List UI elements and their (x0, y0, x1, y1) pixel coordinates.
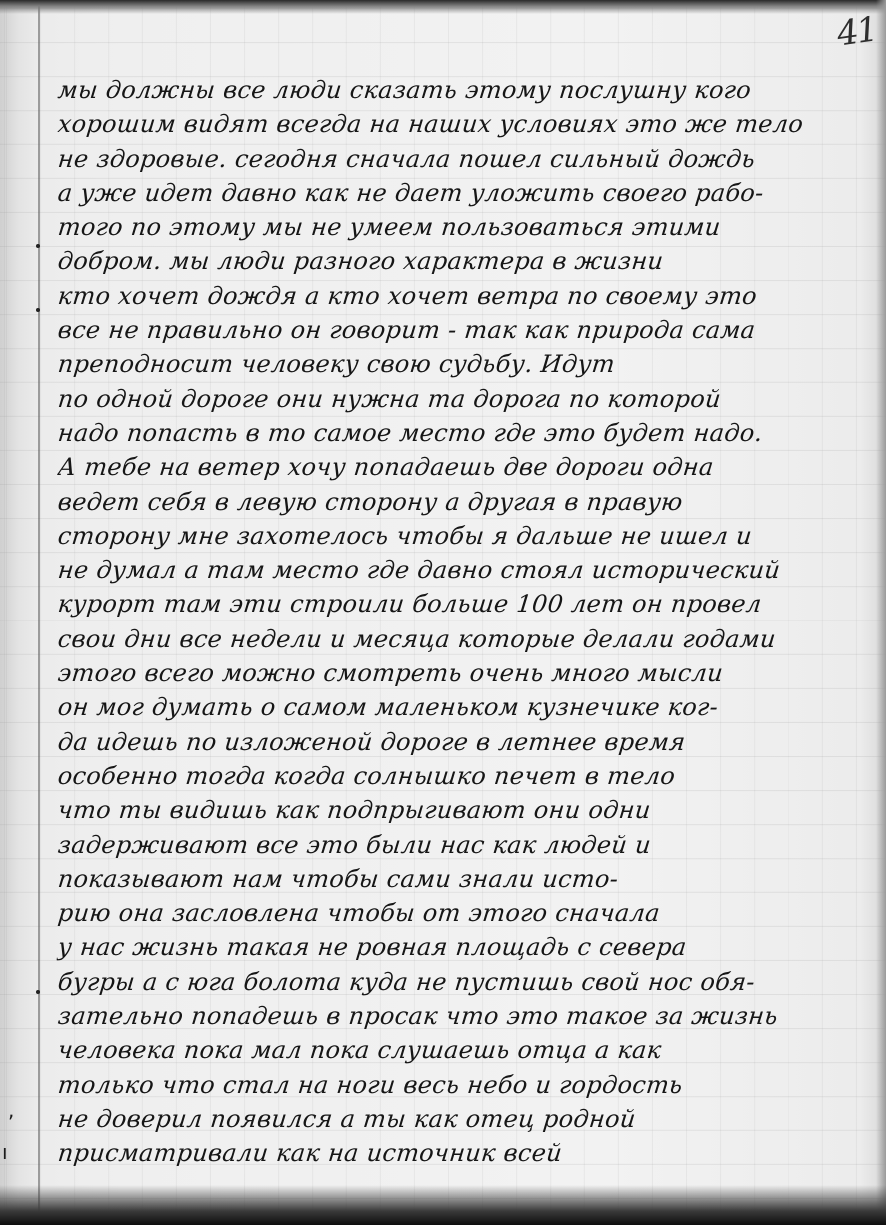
margin-mark: , (8, 1098, 14, 1122)
text-line: особенно тогда когда солнышко печет в те… (56, 759, 860, 793)
text-line: бугры а с юга болота куда не пустишь сво… (56, 965, 860, 999)
margin-mark: ı (2, 1140, 8, 1164)
text-line: А тебе на ветер хочу попадаешь две дорог… (56, 450, 860, 484)
text-line: показывают нам чтобы сами знали исто- (56, 862, 860, 896)
text-line: этого всего можно смотреть очень много м… (56, 656, 860, 690)
text-line: сторону мне захотелось чтобы я дальше не… (56, 519, 860, 553)
margin-dot (36, 308, 40, 312)
text-line: у нас жизнь такая не ровная площадь с се… (56, 930, 860, 964)
text-line: что ты видишь как подпрыгивают они одни (56, 793, 860, 827)
text-line: не думал а там место где давно стоял ист… (56, 553, 860, 587)
text-line: преподносит человеку свою судьбу. Идут (56, 347, 860, 381)
text-line: хорошим видят всегда на наших условиях э… (56, 107, 860, 141)
text-line: человека пока мал пока слушаешь отца а к… (56, 1033, 860, 1067)
text-line: а уже идет давно как не дает уложить сво… (56, 176, 860, 210)
text-line: кто хочет дождя а кто хочет ветра по сво… (56, 279, 860, 313)
text-line: зательно попадешь в просак что это такое… (56, 999, 860, 1033)
text-line: мы должны все люди сказать этому послушн… (56, 73, 860, 107)
text-line: ведет себя в левую сторону а другая в пр… (56, 485, 860, 519)
text-line: да идешь по изложеной дороге в летнее вр… (56, 725, 860, 759)
text-line: свои дни все недели и месяца которые дел… (56, 622, 860, 656)
scan-top-edge (0, 0, 886, 14)
margin-dot (36, 990, 40, 994)
notebook-page: , ı 41 мы должны все люди сказать этому … (0, 0, 886, 1225)
text-line: присматривали как на источник всей (56, 1136, 860, 1170)
scan-bottom-edge (0, 1185, 886, 1225)
handwritten-text: мы должны все люди сказать этому послушн… (58, 73, 858, 1171)
text-line: задерживают все это были нас как людей и (56, 828, 860, 862)
margin-dot (36, 244, 40, 248)
text-line: курорт там эти строили больше 100 лет он… (56, 587, 860, 621)
text-line: все не правильно он говорит - так как пр… (56, 313, 860, 347)
text-line: рию она засловлена чтобы от этого сначал… (56, 896, 860, 930)
text-line: только что стал на ноги весь небо и горд… (56, 1068, 860, 1102)
page-number: 41 (834, 9, 878, 54)
scan-right-edge (876, 0, 886, 1225)
text-line: он мог думать о самом маленьком кузнечик… (56, 690, 860, 724)
text-line: по одной дороге они нужна та дорога по к… (56, 382, 860, 416)
text-line: не доверил появился а ты как отец родной (56, 1102, 860, 1136)
text-line: надо попасть в то самое место где это бу… (56, 416, 860, 450)
margin-rule (38, 0, 40, 1225)
text-line: того по этому мы не умеем пользоваться э… (56, 210, 860, 244)
text-line: не здоровые. сегодня сначала пошел сильн… (56, 142, 860, 176)
text-line: добром. мы люди разного характера в жизн… (56, 244, 860, 278)
